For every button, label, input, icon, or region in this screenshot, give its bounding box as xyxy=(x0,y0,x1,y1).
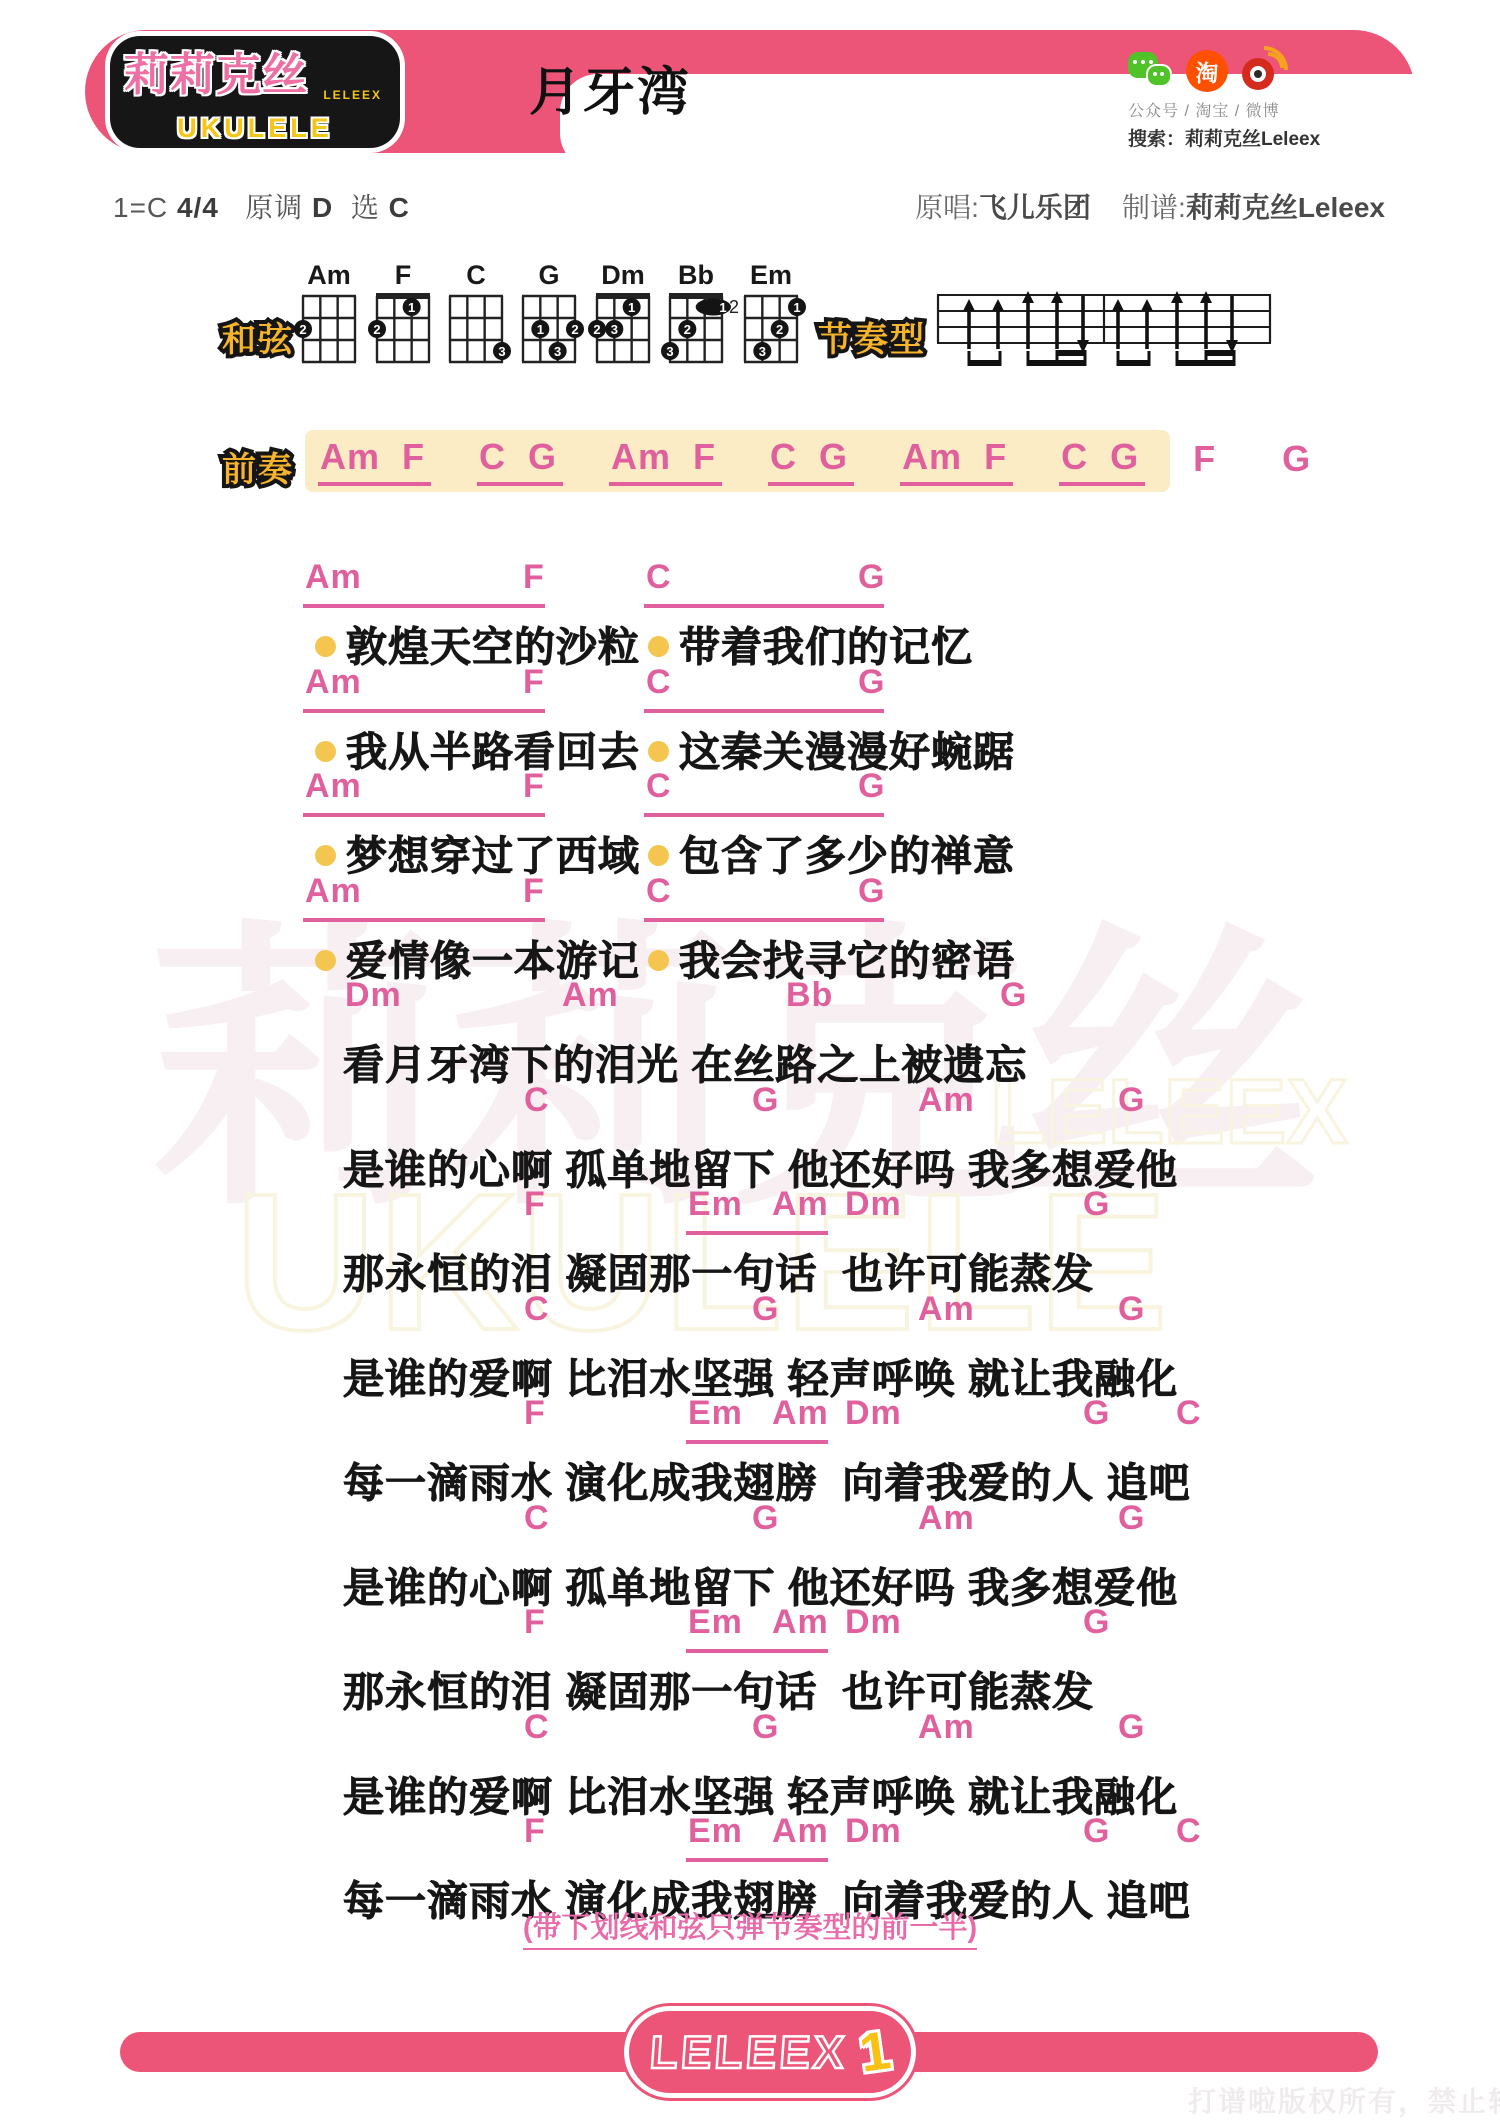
chord-label-Em: Em xyxy=(688,1185,743,1224)
chord-grid: 12 xyxy=(361,290,445,370)
brand-logo-leleex: LELEEX xyxy=(323,88,382,102)
chord-name-Dm: Dm xyxy=(581,260,665,290)
chord-label-Am: Am xyxy=(562,976,619,1015)
chord-label-F: F xyxy=(524,1394,546,1433)
song-title: 月牙湾 xyxy=(480,50,740,125)
lyric-bullet xyxy=(648,636,669,657)
chord-label-Am: Am xyxy=(305,558,362,597)
chord-diagram-F: F12 xyxy=(361,260,445,375)
chord-label-C: C xyxy=(524,1081,550,1120)
chord-label-F: F xyxy=(523,872,545,911)
lyric-bullet xyxy=(648,845,669,866)
chord-underline xyxy=(303,709,545,713)
intro-chord-group-7: F G xyxy=(1191,438,1317,484)
svg-text:3: 3 xyxy=(611,322,618,337)
chord-label-G: G xyxy=(752,1708,779,1747)
song-section-3: AmFCG梦想穿过了西域包含了多少的禅意 xyxy=(0,767,1500,871)
chord-label-Dm: Dm xyxy=(845,1394,902,1433)
chord-grid-holder: 2 xyxy=(287,290,371,375)
chord-label-G: G xyxy=(1118,1499,1145,1538)
chord-label-C: C xyxy=(646,872,672,911)
intro-badge: 前奏 xyxy=(222,442,294,491)
performance-note: (带下划线和弦只弹节奏型的前一半) xyxy=(0,1905,1500,1946)
chord-diagram-Dm: Dm231 xyxy=(581,260,665,375)
footer-badge: LELEEX 1 xyxy=(624,2006,916,2098)
lyric-bullet xyxy=(315,950,336,971)
social-icons: 淘 xyxy=(1128,48,1338,94)
intro-chord-group-3: Am F xyxy=(609,436,722,486)
chord-grid: 123 xyxy=(507,290,591,370)
song-section-10: CGAmG是谁的心啊 孤单地留下 他还好吗 我多想爱他 xyxy=(0,1499,1500,1603)
chord-label-Em: Em xyxy=(688,1812,743,1851)
chord-label-Am: Am xyxy=(772,1603,829,1642)
chord-label-Dm: Dm xyxy=(345,976,402,1015)
song-section-7: FEmAmDmG那永恒的泪 凝固那一句话 也许可能蒸发 xyxy=(0,1185,1500,1289)
chord-name-Bb: Bb xyxy=(654,260,738,290)
chord-label-G: G xyxy=(1083,1812,1110,1851)
chord-underline xyxy=(303,604,545,608)
chord-label-G: G xyxy=(1000,976,1027,1015)
chord-label-G: G xyxy=(1118,1081,1145,1120)
song-section-11: FEmAmDmG那永恒的泪 凝固那一句话 也许可能蒸发 xyxy=(0,1603,1500,1707)
rhythm-pattern xyxy=(935,289,1275,394)
svg-text:2: 2 xyxy=(373,322,380,337)
chord-label-Bb: Bb xyxy=(786,976,833,1015)
song-section-4: AmFCG爱情像一本游记我会找寻它的密语 xyxy=(0,872,1500,976)
svg-text:3: 3 xyxy=(759,344,766,359)
chord-label-Am: Am xyxy=(305,872,362,911)
svg-text:2: 2 xyxy=(729,297,739,317)
chord-underline xyxy=(686,1649,828,1653)
intro-chord-group-4: C G xyxy=(768,436,854,486)
chord-label-F: F xyxy=(523,558,545,597)
chord-label-F: F xyxy=(524,1185,546,1224)
lyric-bullet xyxy=(648,950,669,971)
intro-chord-group-1: Am F xyxy=(318,436,431,486)
chord-label-G: G xyxy=(858,872,885,911)
svg-text:1: 1 xyxy=(719,300,726,315)
taobao-icon: 淘 xyxy=(1186,50,1228,92)
chord-label-C: C xyxy=(524,1708,550,1747)
chord-underline xyxy=(644,604,884,608)
chord-label-Dm: Dm xyxy=(845,1185,902,1224)
chord-diagram-Am: Am2 xyxy=(287,260,371,375)
chord-label-G: G xyxy=(752,1290,779,1329)
chord-underline xyxy=(644,918,884,922)
social-caption: 公众号 / 淘宝 / 微博 xyxy=(1128,98,1338,121)
chord-label-Am: Am xyxy=(772,1185,829,1224)
credits: 原唱:飞儿乐团 制谱:莉莉克丝Leleex xyxy=(915,186,1385,226)
lyric-bullet xyxy=(315,636,336,657)
chord-grid: 123 xyxy=(654,290,738,370)
chord-diagram-G: G123 xyxy=(507,260,591,375)
chord-diagram-C: C3 xyxy=(434,260,518,375)
key-signature: 1=C 4/4 原调 D 选 C xyxy=(113,186,410,226)
chord-diagram-Bb: Bb123 xyxy=(654,260,738,375)
social-block: 淘 公众号 / 淘宝 / 微博 搜索：莉莉克丝Leleex xyxy=(1128,48,1338,151)
chord-label-G: G xyxy=(858,558,885,597)
chord-label-G: G xyxy=(1118,1708,1145,1747)
chord-grid-holder: 12 xyxy=(361,290,445,375)
chord-label-Am: Am xyxy=(305,767,362,806)
chord-grid-holder: 231 xyxy=(581,290,665,375)
chords-badge: 和弦 xyxy=(222,312,294,361)
chord-label-F: F xyxy=(524,1603,546,1642)
svg-text:2: 2 xyxy=(299,322,306,337)
chord-label-Am: Am xyxy=(918,1290,975,1329)
lyric-bullet xyxy=(648,741,669,762)
chord-grid-holder: 123 xyxy=(507,290,591,375)
chord-grid-holder: 2123 xyxy=(729,290,813,375)
chord-label-G: G xyxy=(858,767,885,806)
song-section-12: CGAmG是谁的爱啊 比泪水坚强 轻声呼唤 就让我融化 xyxy=(0,1708,1500,1812)
chord-grid-holder: 3 xyxy=(434,290,518,375)
chord-grid: 2 xyxy=(287,290,371,370)
song-section-9: FEmAmDmGC每一滴雨水 演化成我翅膀 向着我爱的人 追吧 xyxy=(0,1394,1500,1498)
chord-underline xyxy=(686,1440,828,1444)
chord-label-G: G xyxy=(1083,1185,1110,1224)
chord-label-Am: Am xyxy=(772,1394,829,1433)
chord-underline xyxy=(686,1858,828,1862)
chord-label-Am: Am xyxy=(918,1081,975,1120)
svg-text:1: 1 xyxy=(628,300,635,315)
chord-label-C: C xyxy=(524,1290,550,1329)
song-section-2: AmFCG我从半路看回去这秦关漫漫好蜿踞 xyxy=(0,663,1500,767)
song-section-8: CGAmG是谁的爱啊 比泪水坚强 轻声呼唤 就让我融化 xyxy=(0,1290,1500,1394)
chord-label-G: G xyxy=(1083,1603,1110,1642)
wechat-icon xyxy=(1128,50,1172,92)
chord-label-G: G xyxy=(752,1499,779,1538)
chord-underline xyxy=(303,813,545,817)
chord-label-F: F xyxy=(523,663,545,702)
page-number: 1 xyxy=(856,2019,894,2085)
lyric-bullet xyxy=(315,741,336,762)
chord-name-Em: Em xyxy=(729,260,813,290)
chord-name-F: F xyxy=(361,260,445,290)
intro-chords: Am FC GAm FC GAm FC GF G xyxy=(305,430,1170,492)
sheet-page: 莉莉克丝 LELEEX UKULELE 打谱啦版权所有，禁止转载 莉莉克丝 LE… xyxy=(0,0,1500,2123)
chord-label-Am: Am xyxy=(918,1499,975,1538)
brand-logo-cn: 莉莉克丝 xyxy=(124,38,308,103)
chord-label-Am: Am xyxy=(772,1812,829,1851)
intro-chord-group-6: C G xyxy=(1059,436,1145,486)
chord-label-C: C xyxy=(646,767,672,806)
chord-label-C: C xyxy=(646,663,672,702)
chord-grid-holder: 123 xyxy=(654,290,738,375)
svg-text:2: 2 xyxy=(684,322,691,337)
chord-label-G: G xyxy=(1118,1290,1145,1329)
chord-diagram-Em: Em2123 xyxy=(729,260,813,375)
brand-logo-ukulele: UKULELE xyxy=(110,113,400,144)
song-section-13: FEmAmDmGC每一滴雨水 演化成我翅膀 向着我爱的人 追吧 xyxy=(0,1812,1500,1916)
rhythm-badge: 节奏型 xyxy=(818,312,926,361)
svg-text:2: 2 xyxy=(776,322,783,337)
chord-grid: 2123 xyxy=(729,290,813,370)
chord-grid: 231 xyxy=(581,290,665,370)
svg-text:1: 1 xyxy=(793,300,800,315)
chord-label-C: C xyxy=(1176,1812,1202,1851)
chord-underline xyxy=(303,918,545,922)
svg-text:2: 2 xyxy=(593,322,600,337)
chord-label-C: C xyxy=(1176,1394,1202,1433)
chord-underline xyxy=(644,813,884,817)
song-section-6: CGAmG是谁的心啊 孤单地留下 他还好吗 我多想爱他 xyxy=(0,1081,1500,1185)
intro-chord-group-2: C G xyxy=(477,436,563,486)
svg-text:3: 3 xyxy=(498,344,505,359)
chord-underline xyxy=(644,709,884,713)
rhythm-staff xyxy=(935,289,1275,389)
chord-label-Am: Am xyxy=(305,663,362,702)
chord-label-Dm: Dm xyxy=(845,1603,902,1642)
chord-label-F: F xyxy=(523,767,545,806)
chord-label-Am: Am xyxy=(918,1708,975,1747)
song-section-1: AmFCG敦煌天空的沙粒带着我们的记忆 xyxy=(0,558,1500,662)
chord-label-C: C xyxy=(646,558,672,597)
chord-label-Em: Em xyxy=(688,1603,743,1642)
chord-label-G: G xyxy=(752,1081,779,1120)
chord-label-C: C xyxy=(524,1499,550,1538)
chord-label-F: F xyxy=(524,1812,546,1851)
footer-brand: LELEEX xyxy=(648,2025,849,2079)
brand-logo: 莉莉克丝 LELEEX UKULELE xyxy=(110,36,400,148)
search-caption: 搜索：莉莉克丝Leleex xyxy=(1128,124,1338,151)
svg-text:3: 3 xyxy=(554,344,561,359)
chord-name-Am: Am xyxy=(287,260,371,290)
chord-name-G: G xyxy=(507,260,591,290)
svg-text:1: 1 xyxy=(408,300,415,315)
watermark-copyright: 打谱啦版权所有，禁止转载 xyxy=(1188,2080,1500,2120)
chord-label-Em: Em xyxy=(688,1394,743,1433)
chord-label-G: G xyxy=(1083,1394,1110,1433)
svg-text:1: 1 xyxy=(537,322,544,337)
svg-text:2: 2 xyxy=(571,322,578,337)
svg-text:3: 3 xyxy=(666,344,673,359)
chord-name-C: C xyxy=(434,260,518,290)
chord-grid: 3 xyxy=(434,290,518,370)
chord-label-G: G xyxy=(858,663,885,702)
lyric-bullet xyxy=(315,845,336,866)
chord-underline xyxy=(686,1231,828,1235)
intro-chord-group-5: Am F xyxy=(900,436,1013,486)
weibo-icon xyxy=(1242,50,1288,92)
song-section-5: DmAmBbG看月牙湾下的泪光 在丝路之上被遗忘 xyxy=(0,976,1500,1080)
chord-label-Dm: Dm xyxy=(845,1812,902,1851)
